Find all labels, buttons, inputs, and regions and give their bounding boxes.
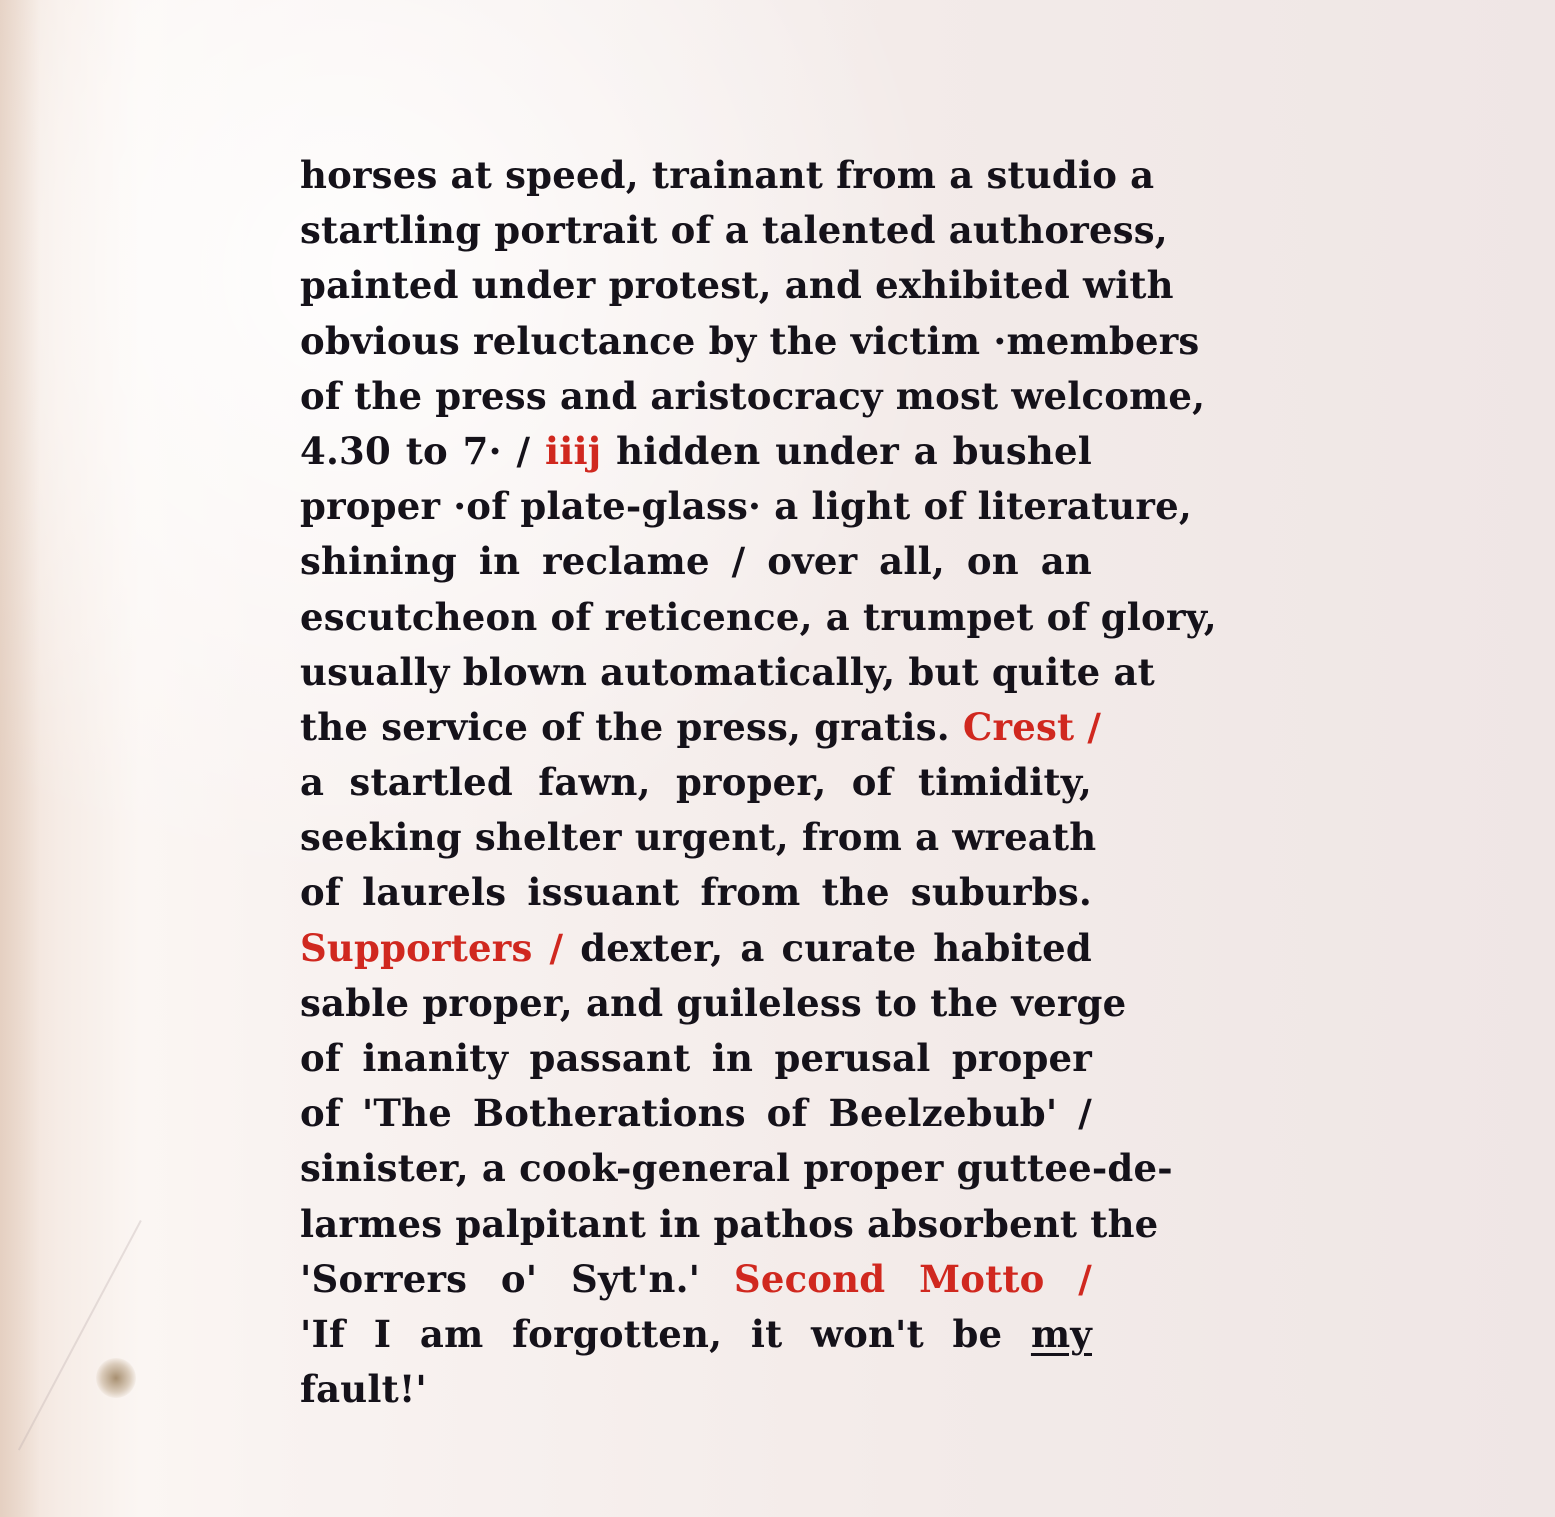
line-segment: larmes palpitant in pathos absorbent the: [300, 1202, 1158, 1246]
text-line-23: fault!': [300, 1362, 1092, 1417]
text-line-7: proper ·of plate-glass· a light of liter…: [300, 479, 1092, 534]
text-line-8: shining in reclame / over all, on an: [300, 534, 1092, 589]
underlined-word: my: [1031, 1312, 1092, 1356]
text-line-18: of 'The Botherations of Beelzebub' /: [300, 1086, 1092, 1141]
text-line-13: seeking shelter urgent, from a wreath: [300, 810, 1092, 865]
line-segment: seeking shelter urgent, from a wreath: [300, 815, 1096, 859]
text-line-16: sable proper, and guileless to the verge: [300, 976, 1092, 1031]
line-segment: shining in reclame / over all, on an: [300, 539, 1092, 583]
line-segment: the service of the press, gratis.: [300, 705, 963, 749]
line-segment: usually blown automatically, but quite a…: [300, 650, 1155, 694]
line-segment: of laurels issuant from the suburbs.: [300, 870, 1092, 914]
text-line-14: of laurels issuant from the suburbs.: [300, 865, 1092, 920]
line-segment: escutcheon of reticence, a trumpet of gl…: [300, 595, 1217, 639]
text-line-5: of the press and aristocracy most welcom…: [300, 369, 1092, 424]
text-line-10: usually blown automatically, but quite a…: [300, 645, 1092, 700]
text-line-20: larmes palpitant in pathos absorbent the: [300, 1197, 1092, 1252]
rubric-heading-second-motto: Second Motto /: [734, 1257, 1092, 1301]
line-segment: sable proper, and guileless to the verge: [300, 981, 1126, 1025]
line-segment: 'If I am forgotten, it won't be: [300, 1312, 1031, 1356]
text-line-4: obvious reluctance by the victim ·member…: [300, 314, 1092, 369]
text-line-11: the service of the press, gratis. Crest …: [300, 700, 1092, 755]
rubric-heading-supporters: Supporters /: [300, 926, 563, 970]
line-segment: startling portrait of a talented authore…: [300, 208, 1168, 252]
rubric-heading-crest: Crest /: [963, 705, 1101, 749]
rubric-numeral: iiij: [545, 429, 601, 473]
text-line-6: 4.30 to 7· / iiij hidden under a bushel: [300, 424, 1092, 479]
text-line-12: a startled fawn, proper, of timidity,: [300, 755, 1092, 810]
line-segment: of the press and aristocracy most welcom…: [300, 374, 1205, 418]
line-segment: fault!': [300, 1367, 427, 1411]
blackletter-text-block: horses at speed, trainant from a studio …: [300, 148, 1092, 1417]
line-segment: 4.30 to 7· /: [300, 429, 545, 473]
text-line-17: of inanity passant in perusal proper: [300, 1031, 1092, 1086]
line-segment: 'Sorrers o' Syt'n.': [300, 1257, 734, 1301]
line-segment: a startled fawn, proper, of timidity,: [300, 760, 1092, 804]
text-line-21: 'Sorrers o' Syt'n.' Second Motto /: [300, 1252, 1092, 1307]
text-line-15: Supporters / dexter, a curate habited: [300, 921, 1092, 976]
page-gutter-shadow: [0, 0, 40, 1517]
paper-stain: [96, 1358, 136, 1398]
line-segment: proper ·of plate-glass· a light of liter…: [300, 484, 1192, 528]
line-segment: hidden under a bushel: [601, 429, 1092, 473]
text-line-2: startling portrait of a talented authore…: [300, 203, 1092, 258]
line-segment: painted under protest, and exhibited wit…: [300, 263, 1174, 307]
text-line-9: escutcheon of reticence, a trumpet of gl…: [300, 590, 1092, 645]
text-line-19: sinister, a cook-general proper guttee-d…: [300, 1141, 1092, 1196]
line-segment: of inanity passant in perusal proper: [300, 1036, 1092, 1080]
line-segment: sinister, a cook-general proper guttee-d…: [300, 1146, 1173, 1190]
text-line-3: painted under protest, and exhibited wit…: [300, 258, 1092, 313]
line-segment: dexter, a curate habited: [563, 926, 1092, 970]
text-line-22: 'If I am forgotten, it won't be my: [300, 1307, 1092, 1362]
line-segment: obvious reluctance by the victim ·member…: [300, 319, 1199, 363]
text-line-1: horses at speed, trainant from a studio …: [300, 148, 1092, 203]
line-segment: of 'The Botherations of Beelzebub' /: [300, 1091, 1092, 1135]
line-segment: horses at speed, trainant from a studio …: [300, 153, 1154, 197]
